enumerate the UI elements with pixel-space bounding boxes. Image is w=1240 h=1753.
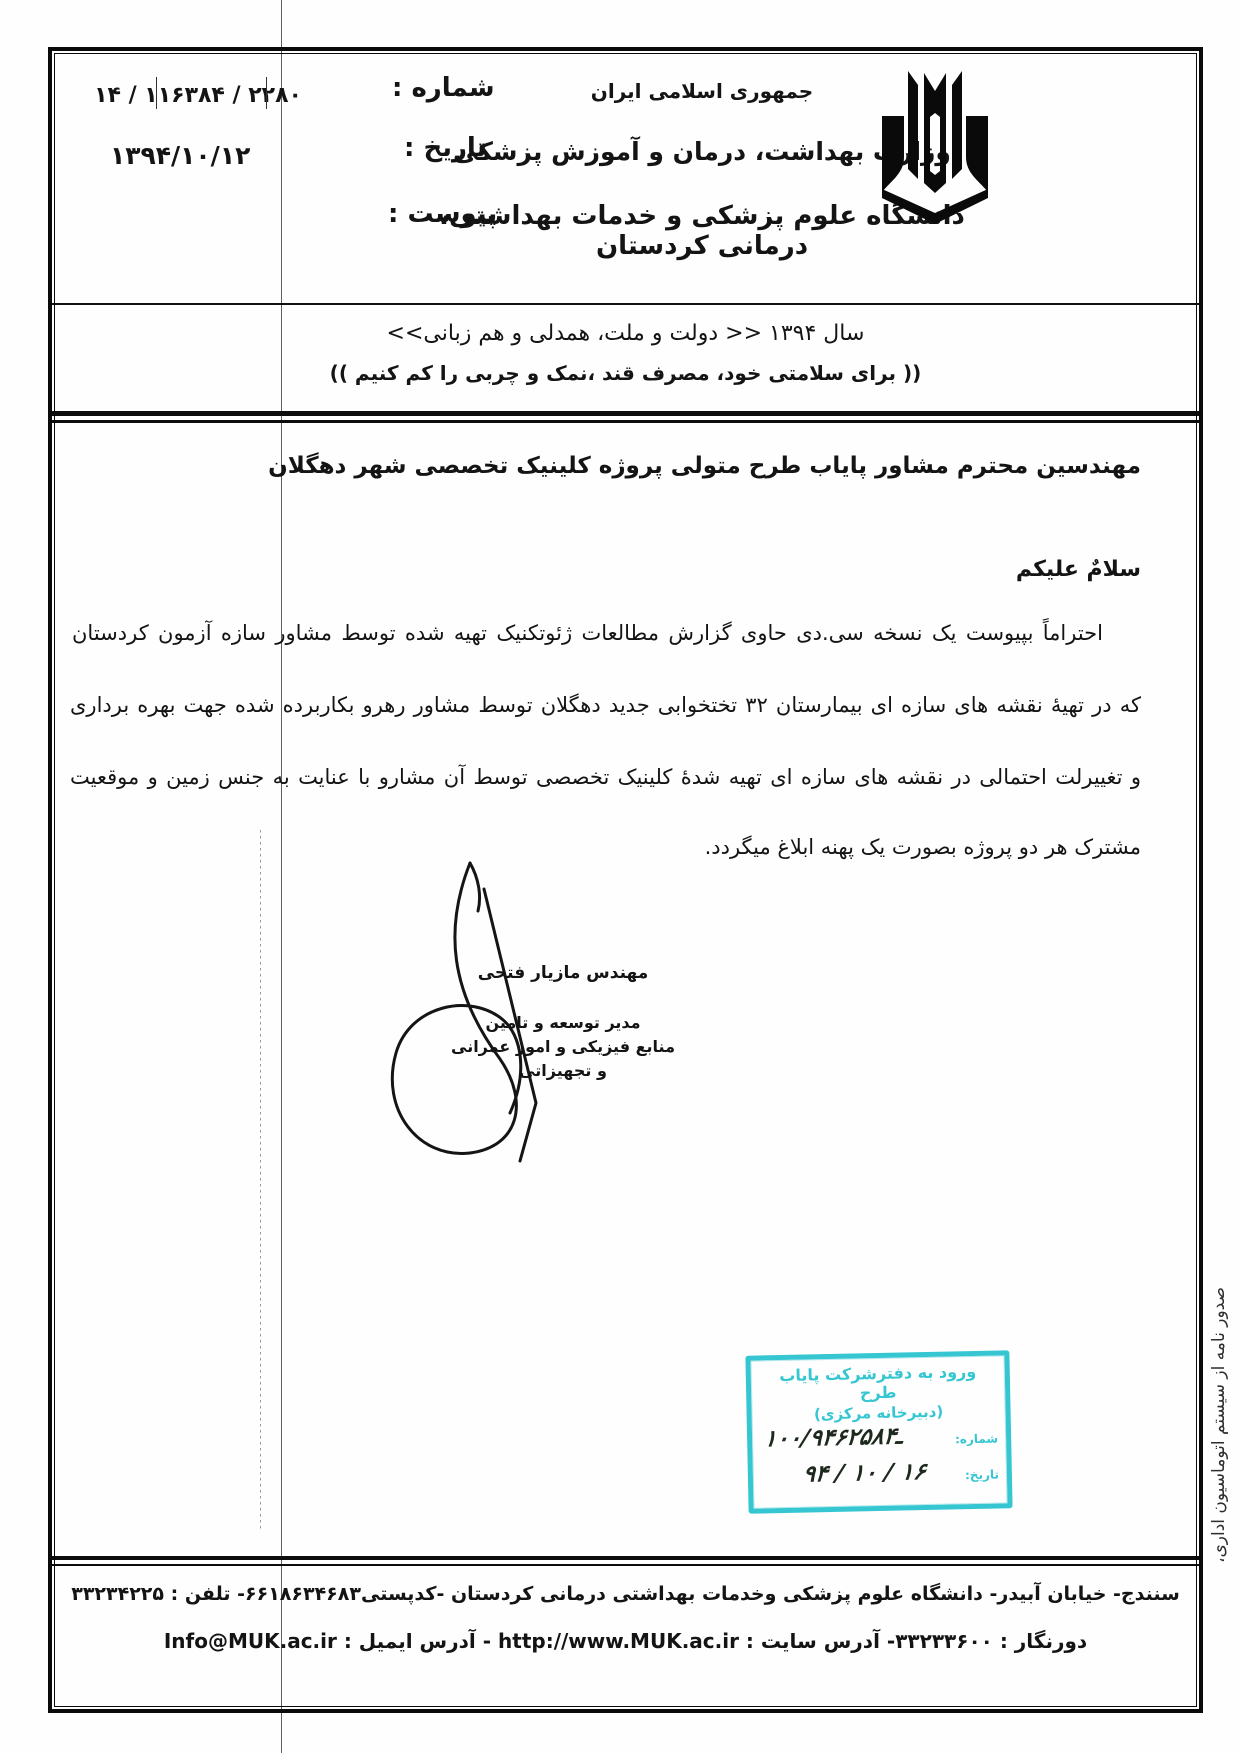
- field-separator: [266, 77, 267, 109]
- signer-title: منابع فیزیکی و امور عمرانی: [440, 1037, 686, 1056]
- stamp-number-row: شماره: ۱۰۰/۹۴ـ۶۲۵۸۴: [760, 1422, 999, 1461]
- stamp-number-value: ۱۰۰/۹۴ـ۶۲۵۸۴: [763, 1423, 905, 1452]
- stamp-date-value: ۹۴ / ۱۰ / ۱۶: [801, 1459, 927, 1488]
- stamp-subtitle: (دبیرخانه مرکزی): [759, 1402, 997, 1425]
- signature-block: مهندس مازیار فتحی مدیر توسعه و تامین منا…: [440, 963, 686, 1085]
- signer-title: و تجهیزاتی: [440, 1061, 686, 1080]
- stamp-date-label: تاریخ:: [965, 1467, 999, 1482]
- date-value: ۱۳۹۴/۱۰/۱۲: [110, 141, 250, 170]
- recipient-line: مهندسین محترم مشاور پایاب طرح متولی پروژ…: [268, 453, 1141, 479]
- signer-title: مدیر توسعه و تامین: [440, 1013, 686, 1032]
- scanned-letter-page: شماره : ۱۴ / ۱۱۶۳۸۴ / ۲۲۸۰ تاریخ : ۱۳۹۴/…: [0, 0, 1240, 1753]
- field-separator: [156, 77, 157, 109]
- body-line: که در تهیهٔ نقشه های سازه ای بیمارستان ۳…: [70, 693, 1141, 717]
- signer-name: مهندس مازیار فتحی: [440, 963, 686, 983]
- footer-divider-rule: [52, 1556, 1199, 1566]
- letter-border-frame: شماره : ۱۴ / ۱۱۶۳۸۴ / ۲۲۸۰ تاریخ : ۱۳۹۴/…: [48, 47, 1203, 1713]
- body-divider-rule: [52, 411, 1199, 423]
- footer-address-line: سنندج- خیابان آبیدر- دانشگاه علوم پزشکی …: [52, 1583, 1199, 1605]
- health-slogan: (( برای سلامتی خود، مصرف قند ،نمک و چربی…: [52, 361, 1199, 385]
- body-line: احتراماً بپیوست یک نسخه سی.دی حاوی گزارش…: [72, 621, 1103, 645]
- stamp-title: ورود به دفترشرکت پایاب طرح: [759, 1362, 998, 1405]
- greeting-line: سلامٌ علیکم: [1016, 557, 1141, 582]
- body-line: و تغییرلت احتمالی در نقشه های سازه ای ته…: [70, 765, 1141, 789]
- footer-contact-line: دورنگار : ۳۳۲۳۳۶۰۰- آدرس سایت : http://w…: [52, 1629, 1199, 1653]
- automation-margin-note: صدور نامه از سیستم اتوماسیون اداری،: [1209, 1287, 1229, 1563]
- stamp-number-label: شماره:: [955, 1432, 998, 1447]
- year-slogan: سال ۱۳۹۴ << دولت و ملت، همدلی و هم زبانی…: [52, 321, 1199, 346]
- receipt-stamp: ورود به دفترشرکت پایاب طرح (دبیرخانه مرک…: [745, 1350, 1012, 1513]
- number-value: ۱۴ / ۱۱۶۳۸۴ / ۲۲۸۰: [64, 83, 332, 108]
- stamp-date-row: تاریخ: ۹۴ / ۱۰ / ۱۶: [761, 1458, 1000, 1497]
- header-divider-line: [52, 303, 1199, 305]
- allah-emblem-icon: [874, 61, 996, 226]
